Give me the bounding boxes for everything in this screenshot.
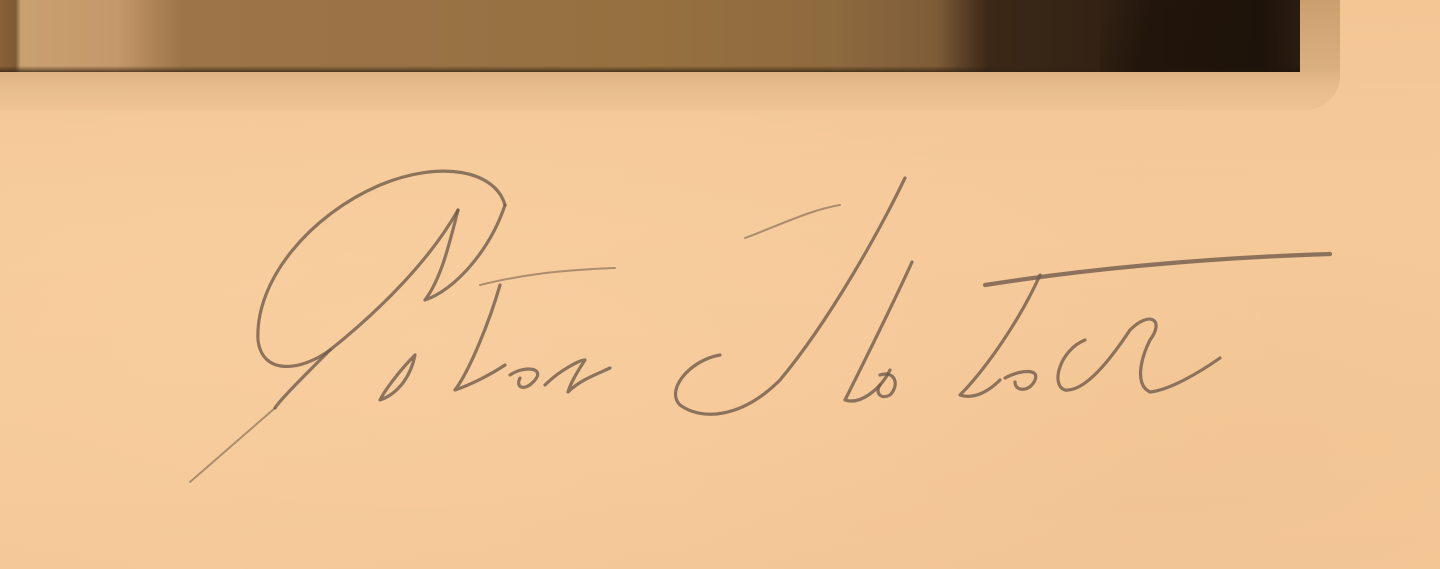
pencil-signature — [0, 0, 1440, 569]
